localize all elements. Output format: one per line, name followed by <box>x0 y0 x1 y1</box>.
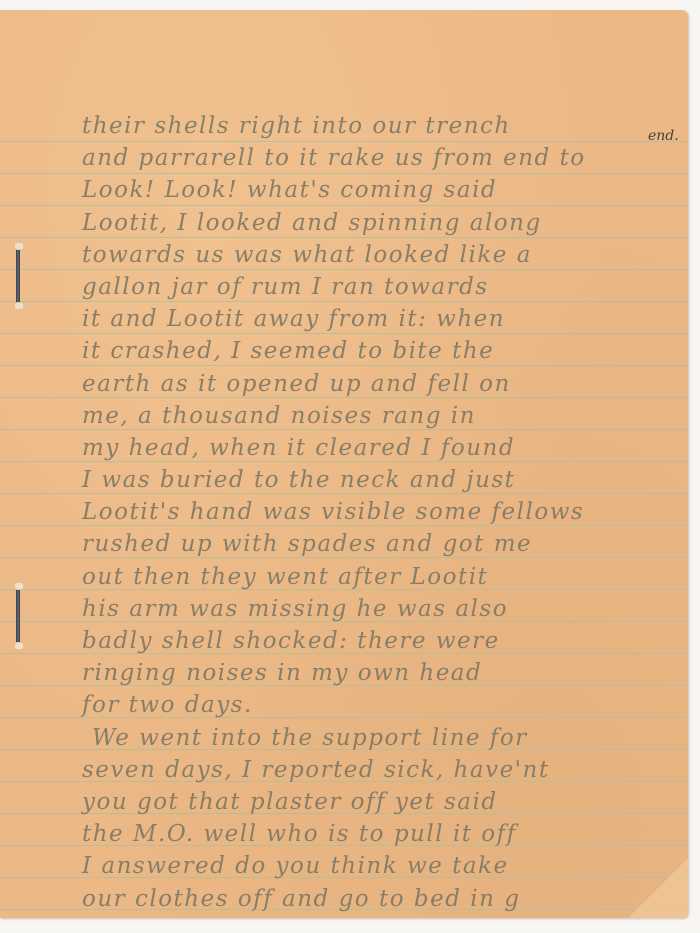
text-line: it and Lootit away from it: when <box>82 303 682 335</box>
text-line: me, a thousand noises rang in <box>82 400 682 432</box>
text-line: my head, when it cleared I found <box>82 432 682 464</box>
text-line: seven days, I reported sick, have'nt <box>82 754 682 786</box>
staple-bottom <box>16 587 20 645</box>
text-line: rushed up with spades and got me <box>82 528 682 560</box>
text-line: Look! Look! what's coming said <box>82 174 682 206</box>
notebook-page: end. their shells right into our trench … <box>0 10 688 918</box>
text-line: it crashed, I seemed to bite the <box>82 335 682 367</box>
text-line: I answered do you think we take <box>82 850 682 882</box>
text-line: for two days. <box>82 689 682 721</box>
text-line: Lootit's hand was visible some fellows <box>82 496 682 528</box>
text-line: out then they went after Lootit <box>82 561 682 593</box>
text-line: ringing noises in my own head <box>82 657 682 689</box>
text-line: badly shell shocked: there were <box>82 625 682 657</box>
text-line: and parrarell to it rake us from end to <box>82 142 682 174</box>
text-line: their shells right into our trench <box>82 110 682 142</box>
text-line: you got that plaster off yet said <box>82 786 682 818</box>
handwritten-text: their shells right into our trench and p… <box>82 110 682 915</box>
text-line: the M.O. well who is to pull it off <box>82 818 682 850</box>
text-line: Lootit, I looked and spinning along <box>82 207 682 239</box>
text-line: We went into the support line for <box>82 722 682 754</box>
text-line: his arm was missing he was also <box>82 593 682 625</box>
text-line: towards us was what looked like a <box>82 239 682 271</box>
text-line: I was buried to the neck and just <box>82 464 682 496</box>
text-line: gallon jar of rum I ran towards <box>82 271 682 303</box>
text-line: earth as it opened up and fell on <box>82 368 682 400</box>
folded-corner <box>628 858 688 918</box>
staple-top <box>16 247 20 305</box>
text-line: our clothes off and go to bed in g <box>82 883 682 915</box>
